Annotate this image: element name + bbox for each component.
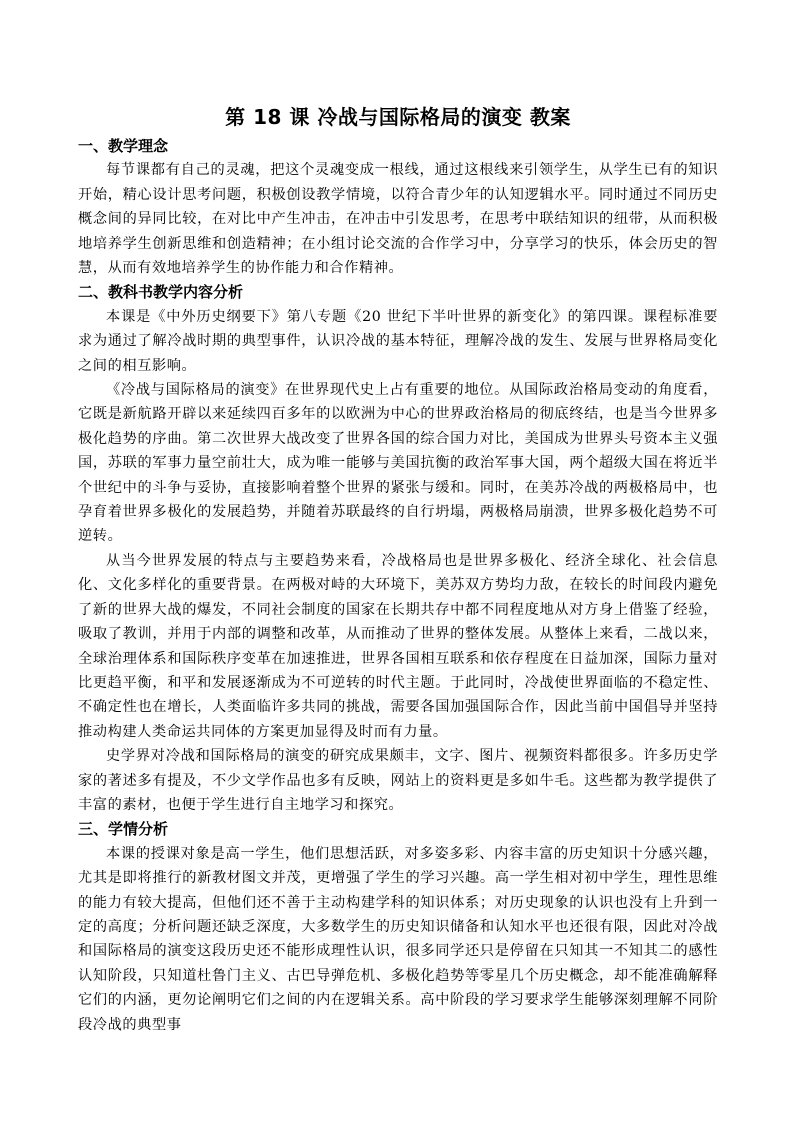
paragraph: 本课的授课对象是高一学生，他们思想活跃，对多姿多彩、内容丰富的历史知识十分感兴趣…: [78, 842, 718, 1037]
paragraph: 每节课都有自己的灵魂，把这个灵魂变成一根线，通过这根线来引领学生，从学生已有的知…: [78, 158, 718, 280]
paragraph: 《冷战与国际格局的演变》在世界现代史上占有重要的地位。从国际政治格局变动的角度看…: [78, 378, 718, 549]
section-textbook-analysis: 二、教科书教学内容分析 本课是《中外历史纲要下》第八专题《20 世纪下半叶世界的…: [78, 280, 718, 817]
section-student-analysis: 三、学情分析 本课的授课对象是高一学生，他们思想活跃，对多姿多彩、内容丰富的历史…: [78, 817, 718, 1037]
section-teaching-philosophy: 一、教学理念 每节课都有自己的灵魂，把这个灵魂变成一根线，通过这根线来引领学生，…: [78, 134, 718, 280]
paragraph: 从当今世界发展的特点与主要趋势来看，冷战格局也是世界多极化、经济全球化、社会信息…: [78, 549, 718, 744]
paragraph: 史学界对冷战和国际格局的演变的研究成果颇丰，文字、图片、视频资料都很多。许多历史…: [78, 744, 718, 817]
section-heading: 二、教科书教学内容分析: [78, 280, 718, 304]
document-page: 第 18 课 冷战与国际格局的演变 教案 一、教学理念 每节课都有自己的灵魂，把…: [78, 104, 718, 1037]
document-title: 第 18 课 冷战与国际格局的演变 教案: [78, 104, 718, 130]
section-heading: 一、教学理念: [78, 134, 718, 158]
paragraph: 本课是《中外历史纲要下》第八专题《20 世纪下半叶世界的新变化》的第四课。课程标…: [78, 305, 718, 378]
section-heading: 三、学情分析: [78, 817, 718, 841]
